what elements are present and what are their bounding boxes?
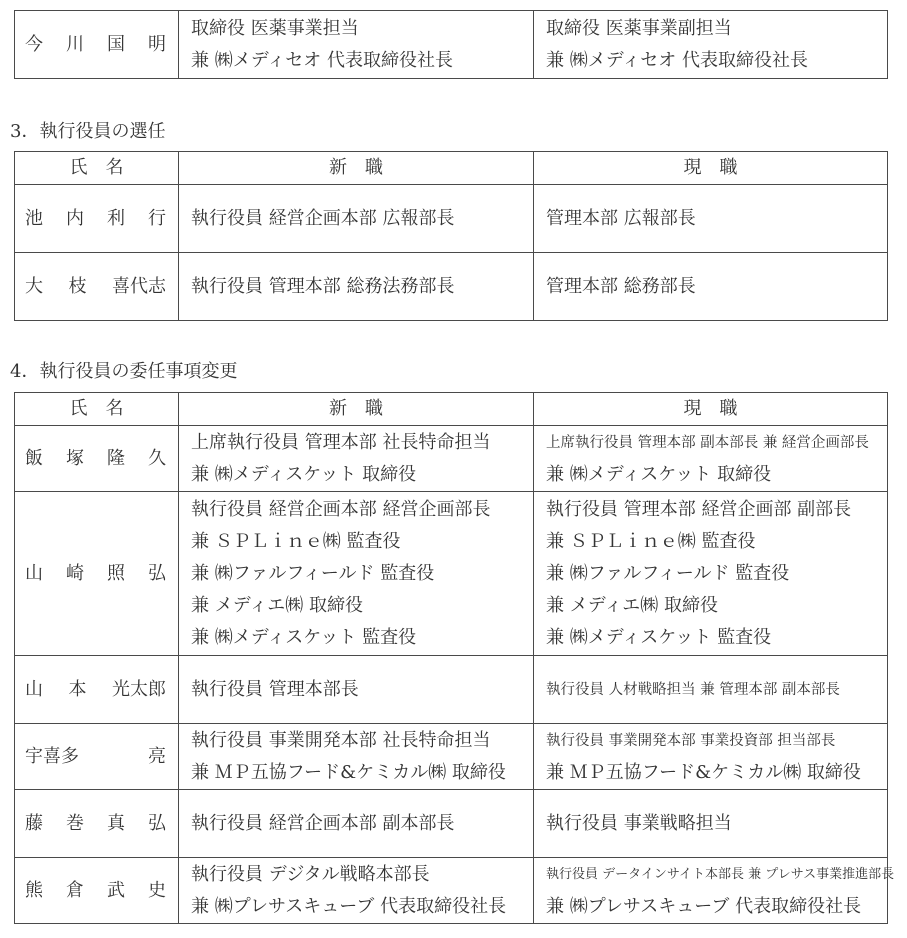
current-position-cell: 執行役員 事業開発本部 事業投資部 担当部長 兼 ＭＰ五協フード&ケミカル㈱ 取… bbox=[534, 724, 888, 790]
position-line: 上席執行役員 管理本部 副本部長 兼 経営企画部長 bbox=[546, 427, 877, 459]
new-position-cell: 執行役員 経営企画本部 経営企画部長 兼 ＳＰＬｉｎｅ㈱ 監査役 兼 ㈱ファルフ… bbox=[179, 492, 534, 656]
position-line: 兼 ㈱メディセオ 代表取締役社長 bbox=[191, 45, 523, 77]
name-char: 隆 bbox=[107, 443, 125, 475]
new-position-cell: 執行役員 デジタル戦略本部長 兼 ㈱プレサスキューブ 代表取締役社長 bbox=[179, 858, 534, 924]
name-char: 崎 bbox=[66, 558, 84, 590]
current-position-cell: 執行役員 データインサイト本部長 兼 プレサス事業推進部長 兼 ㈱プレサスキュー… bbox=[534, 858, 888, 924]
name-cell: 大 枝 喜代志 bbox=[15, 253, 179, 321]
current-position-cell: 管理本部 総務部長 bbox=[534, 253, 888, 321]
header-new-position: 新 職 bbox=[179, 152, 534, 185]
position-line: 執行役員 経営企画本部 広報部長 bbox=[191, 203, 523, 235]
table-row: 山 崎 照 弘 執行役員 経営企画本部 経営企画部長 兼 ＳＰＬｉｎｅ㈱ 監査役… bbox=[15, 492, 888, 656]
table-header-row: 氏 名 新 職 現 職 bbox=[15, 393, 888, 426]
name-cell: 藤 巻 真 弘 bbox=[15, 790, 179, 858]
table-row: 山 本 光太郎 執行役員 管理本部長 執行役員 人材戦略担当 兼 管理本部 副本… bbox=[15, 656, 888, 724]
name-char: 藤 bbox=[25, 808, 43, 840]
current-position-cell: 管理本部 広報部長 bbox=[534, 185, 888, 253]
name-char: 池 bbox=[25, 203, 43, 235]
position-line: 執行役員 事業開発本部 社長特命担当 bbox=[191, 725, 523, 757]
name-char: 光太郎 bbox=[112, 674, 166, 706]
name-cell: 飯 塚 隆 久 bbox=[15, 426, 179, 492]
name-char: 真 bbox=[107, 808, 125, 840]
table-row: 熊 倉 武 史 執行役員 デジタル戦略本部長 兼 ㈱プレサスキューブ 代表取締役… bbox=[15, 858, 888, 924]
position-line: 兼 ㈱ファルフィールド 監査役 bbox=[546, 558, 877, 590]
name-char: 利 bbox=[107, 203, 125, 235]
position-line: 執行役員 人材戦略担当 兼 管理本部 副本部長 bbox=[546, 674, 877, 706]
name-char: 照 bbox=[107, 558, 125, 590]
name-char: 明 bbox=[148, 29, 166, 61]
name-char: 亮 bbox=[148, 741, 166, 773]
position-line: 兼 ＭＰ五協フード&ケミカル㈱ 取締役 bbox=[191, 757, 523, 789]
name-char: 弘 bbox=[148, 808, 166, 840]
table-row: 大 枝 喜代志 執行役員 管理本部 総務法務部長 管理本部 総務部長 bbox=[15, 253, 888, 321]
position-line: 兼 ㈱プレサスキューブ 代表取締役社長 bbox=[191, 891, 523, 923]
name-char: 飯 bbox=[25, 443, 43, 475]
new-position-cell: 執行役員 管理本部 総務法務部長 bbox=[179, 253, 534, 321]
position-line: 兼 ㈱プレサスキューブ 代表取締役社長 bbox=[546, 891, 877, 923]
section-3-title: 3．執行役員の選任 bbox=[10, 121, 165, 143]
name-cell: 今 川 国 明 bbox=[15, 11, 179, 79]
table-row: 池 内 利 行 執行役員 経営企画本部 広報部長 管理本部 広報部長 bbox=[15, 185, 888, 253]
name-char: 喜代志 bbox=[112, 271, 166, 303]
current-position-cell: 執行役員 人材戦略担当 兼 管理本部 副本部長 bbox=[534, 656, 888, 724]
current-position-cell: 執行役員 事業戦略担当 bbox=[534, 790, 888, 858]
new-position-cell: 執行役員 事業開発本部 社長特命担当 兼 ＭＰ五協フード&ケミカル㈱ 取締役 bbox=[179, 724, 534, 790]
position-line: 執行役員 事業戦略担当 bbox=[546, 808, 877, 840]
position-line: 管理本部 総務部長 bbox=[546, 271, 877, 303]
name-char: 山 bbox=[25, 558, 43, 590]
name-cell: 熊 倉 武 史 bbox=[15, 858, 179, 924]
name-char: 川 bbox=[66, 29, 84, 61]
position-line: 執行役員 経営企画本部 副本部長 bbox=[191, 808, 523, 840]
new-position-cell: 執行役員 経営企画本部 広報部長 bbox=[179, 185, 534, 253]
position-line: 取締役 医薬事業担当 bbox=[191, 13, 523, 45]
name-char: 史 bbox=[148, 875, 166, 907]
position-line: 兼 ㈱メディスケット 監査役 bbox=[191, 622, 523, 654]
position-line: 取締役 医薬事業副担当 bbox=[546, 13, 877, 45]
name-char: 宇喜多 bbox=[25, 741, 79, 773]
position-line: 兼 ㈱メディスケット 監査役 bbox=[546, 622, 877, 654]
position-line: 兼 ㈱メディスケット 取締役 bbox=[546, 459, 877, 491]
name-char: 国 bbox=[107, 29, 125, 61]
name-char: 弘 bbox=[148, 558, 166, 590]
name-char: 塚 bbox=[66, 443, 84, 475]
header-name: 氏 名 bbox=[15, 152, 179, 185]
new-position-cell: 取締役 医薬事業担当 兼 ㈱メディセオ 代表取締役社長 bbox=[179, 11, 534, 79]
name-char: 行 bbox=[148, 203, 166, 235]
name-char: 倉 bbox=[66, 875, 84, 907]
table-row: 藤 巻 真 弘 執行役員 経営企画本部 副本部長 執行役員 事業戦略担当 bbox=[15, 790, 888, 858]
name-char: 大 bbox=[25, 271, 43, 303]
position-line: 執行役員 管理本部長 bbox=[191, 674, 523, 706]
position-line: 兼 ㈱メディスケット 取締役 bbox=[191, 459, 523, 491]
position-line: 兼 ＭＰ五協フード&ケミカル㈱ 取締役 bbox=[546, 757, 877, 789]
header-new-position: 新 職 bbox=[179, 393, 534, 426]
name-char: 熊 bbox=[25, 875, 43, 907]
position-line: 上席執行役員 管理本部 社長特命担当 bbox=[191, 427, 523, 459]
top-continued-table: 今 川 国 明 取締役 医薬事業担当 兼 ㈱メディセオ 代表取締役社長 取締役 … bbox=[14, 10, 888, 79]
header-current-position: 現 職 bbox=[534, 152, 888, 185]
position-line: 兼 ㈱ファルフィールド 監査役 bbox=[191, 558, 523, 590]
section-3-table: 氏 名 新 職 現 職 池 内 利 行 執行役員 経営企画本部 広報部長 管理本… bbox=[14, 151, 888, 321]
name-cell: 池 内 利 行 bbox=[15, 185, 179, 253]
position-line: 兼 メディエ㈱ 取締役 bbox=[191, 590, 523, 622]
name-cell: 宇喜多 亮 bbox=[15, 724, 179, 790]
table-row: 宇喜多 亮 執行役員 事業開発本部 社長特命担当 兼 ＭＰ五協フード&ケミカル㈱… bbox=[15, 724, 888, 790]
table-row: 飯 塚 隆 久 上席執行役員 管理本部 社長特命担当 兼 ㈱メディスケット 取締… bbox=[15, 426, 888, 492]
name-char: 武 bbox=[107, 875, 125, 907]
position-line: 執行役員 デジタル戦略本部長 bbox=[191, 859, 523, 891]
name-cell: 山 崎 照 弘 bbox=[15, 492, 179, 656]
name-char: 枝 bbox=[69, 271, 87, 303]
position-line: 執行役員 データインサイト本部長 兼 プレサス事業推進部長 bbox=[546, 859, 877, 891]
table-header-row: 氏 名 新 職 現 職 bbox=[15, 152, 888, 185]
header-name: 氏 名 bbox=[15, 393, 179, 426]
current-position-cell: 取締役 医薬事業副担当 兼 ㈱メディセオ 代表取締役社長 bbox=[534, 11, 888, 79]
section-4-table: 氏 名 新 職 現 職 飯 塚 隆 久 上席執行役員 管理本部 社長特命担当 兼… bbox=[14, 392, 888, 924]
header-current-position: 現 職 bbox=[534, 393, 888, 426]
position-line: 執行役員 事業開発本部 事業投資部 担当部長 bbox=[546, 725, 877, 757]
position-line: 兼 ＳＰＬｉｎｅ㈱ 監査役 bbox=[546, 526, 877, 558]
name-char: 巻 bbox=[66, 808, 84, 840]
name-char: 山 bbox=[25, 674, 43, 706]
current-position-cell: 上席執行役員 管理本部 副本部長 兼 経営企画部長 兼 ㈱メディスケット 取締役 bbox=[534, 426, 888, 492]
position-line: 兼 ＳＰＬｉｎｅ㈱ 監査役 bbox=[191, 526, 523, 558]
name-char: 久 bbox=[148, 443, 166, 475]
name-cell: 山 本 光太郎 bbox=[15, 656, 179, 724]
position-line: 執行役員 経営企画本部 経営企画部長 bbox=[191, 494, 523, 526]
name-char: 内 bbox=[66, 203, 84, 235]
position-line: 兼 ㈱メディセオ 代表取締役社長 bbox=[546, 45, 877, 77]
current-position-cell: 執行役員 管理本部 経営企画部 副部長 兼 ＳＰＬｉｎｅ㈱ 監査役 兼 ㈱ファル… bbox=[534, 492, 888, 656]
new-position-cell: 上席執行役員 管理本部 社長特命担当 兼 ㈱メディスケット 取締役 bbox=[179, 426, 534, 492]
table-row: 今 川 国 明 取締役 医薬事業担当 兼 ㈱メディセオ 代表取締役社長 取締役 … bbox=[15, 11, 888, 79]
new-position-cell: 執行役員 経営企画本部 副本部長 bbox=[179, 790, 534, 858]
position-line: 兼 メディエ㈱ 取締役 bbox=[546, 590, 877, 622]
name-char: 本 bbox=[69, 674, 87, 706]
name-char: 今 bbox=[25, 29, 43, 61]
section-4-title: 4．執行役員の委任事項変更 bbox=[10, 361, 237, 383]
position-line: 管理本部 広報部長 bbox=[546, 203, 877, 235]
position-line: 執行役員 管理本部 経営企画部 副部長 bbox=[546, 494, 877, 526]
position-line: 執行役員 管理本部 総務法務部長 bbox=[191, 271, 523, 303]
new-position-cell: 執行役員 管理本部長 bbox=[179, 656, 534, 724]
